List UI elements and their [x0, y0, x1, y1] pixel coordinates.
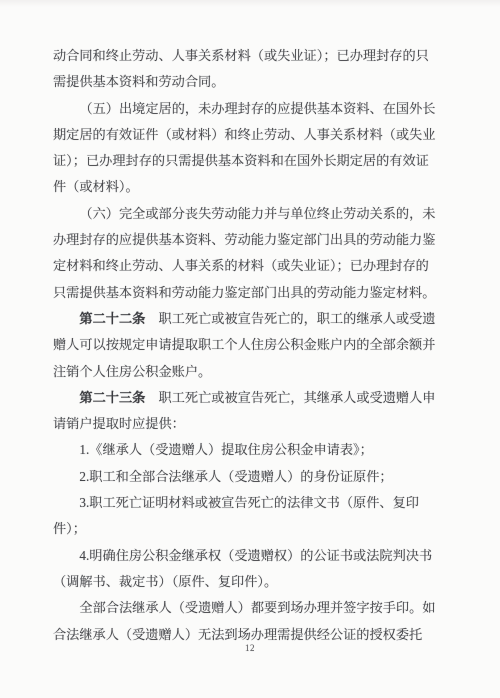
line-text: （六）完全或部分丧失劳动能力并与单位终止劳动关系的，未 — [79, 206, 435, 221]
document-line: 1.《继承人（受遗赠人）提取住房公积金申请表》； — [53, 437, 445, 463]
line-text: 职工死亡或被宣告死亡，其继承人或受遗赠人申 — [145, 390, 435, 405]
document-line: 赠人可以按规定申请提取职工个人住房公积金账户内的全部余额并 — [53, 332, 445, 358]
document-line: 动合同和终止劳动、人事关系材料（或失业证）；已办理封存的只 — [53, 43, 445, 69]
line-text: 件）； — [53, 521, 86, 536]
document-line: 只需提供基本资料和劳动能力鉴定部门出具的劳动能力鉴定材料。 — [53, 280, 445, 306]
document-line: 定材料和终止劳动、人事关系的材料（或失业证）；已办理封存的 — [53, 253, 445, 279]
document-line: 件（或材料）。 — [53, 174, 445, 200]
document-line: 需提供基本资料和劳动合同。 — [53, 69, 445, 95]
document-line: 第二十二条 职工死亡或被宣告死亡的，职工的继承人或受遗 — [53, 306, 445, 332]
line-text: 全部合法继承人（受遗赠人）都要到场办理并签字按手印。如 — [79, 600, 435, 615]
line-text: 合法继承人（受遗赠人）无法到场办理需提供经公证的授权委托 — [53, 627, 422, 642]
line-text: 期定居的有效证件（或材料）和终止劳动、人事关系材料（或失业 — [53, 127, 435, 142]
article-number: 第二十三条 — [79, 390, 145, 405]
document-line: 请销户提取时应提供： — [53, 411, 445, 437]
document-line: （五）出境定居的，未办理封存的应提供基本资料、在国外长 — [53, 96, 445, 122]
document-line: 3.职工死亡证明材料或被宣告死亡的法律文书（原件、复印 — [53, 490, 445, 516]
document-line: 证）；已办理封存的只需提供基本资料和在国外长期定居的有效证 — [53, 148, 445, 174]
line-text: 定材料和终止劳动、人事关系的材料（或失业证）；已办理封存的 — [53, 258, 429, 273]
page-number: 12 — [0, 643, 500, 653]
line-text: （五）出境定居的，未办理封存的应提供基本资料、在国外长 — [79, 101, 435, 116]
line-text: 1.《继承人（受遗赠人）提取住房公积金申请表》； — [79, 442, 372, 457]
document-line: 办理封存的应提供基本资料、劳动能力鉴定部门出具的劳动能力鉴 — [53, 227, 445, 253]
line-text: 只需提供基本资料和劳动能力鉴定部门出具的劳动能力鉴定材料。 — [53, 285, 435, 300]
line-text: 件（或材料）。 — [53, 179, 139, 194]
document-line: （六）完全或部分丧失劳动能力并与单位终止劳动关系的，未 — [53, 201, 445, 227]
document-line: （调解书、裁定书）（原件、复印件）。 — [53, 569, 445, 595]
line-text: 需提供基本资料和劳动合同。 — [53, 74, 224, 89]
line-text: 4.明确住房公积金继承权（受遗赠权）的公证书或法院判决书 — [79, 548, 432, 563]
line-text: 办理封存的应提供基本资料、劳动能力鉴定部门出具的劳动能力鉴 — [53, 232, 435, 247]
line-text: 职工死亡或被宣告死亡的，职工的继承人或受遗 — [145, 311, 435, 326]
document-line: 第二十三条 职工死亡或被宣告死亡，其继承人或受遗赠人申 — [53, 385, 445, 411]
line-text: 3.职工死亡证明材料或被宣告死亡的法律文书（原件、复印 — [79, 495, 419, 510]
document-line: 件）； — [53, 516, 445, 542]
line-text: 动合同和终止劳动、人事关系材料（或失业证）；已办理封存的只 — [53, 48, 429, 63]
line-text: 请销户提取时应提供： — [53, 416, 185, 431]
document-body: 动合同和终止劳动、人事关系材料（或失业证）；已办理封存的只需提供基本资料和劳动合… — [53, 43, 445, 648]
document-line: 期定居的有效证件（或材料）和终止劳动、人事关系材料（或失业 — [53, 122, 445, 148]
line-text: 2.职工和全部合法继承人（受遗赠人）的身份证原件； — [79, 469, 392, 484]
document-line: 全部合法继承人（受遗赠人）都要到场办理并签字按手印。如 — [53, 595, 445, 621]
line-text: （调解书、裁定书）（原件、复印件）。 — [53, 574, 277, 589]
document-page: 动合同和终止劳动、人事关系材料（或失业证）；已办理封存的只需提供基本资料和劳动合… — [0, 0, 500, 698]
line-text: 赠人可以按规定申请提取职工个人住房公积金账户内的全部余额并 — [53, 337, 435, 352]
document-line: 2.职工和全部合法继承人（受遗赠人）的身份证原件； — [53, 464, 445, 490]
document-line: 注销个人住房公积金账户。 — [53, 359, 445, 385]
article-number: 第二十二条 — [79, 311, 145, 326]
line-text: 证）；已办理封存的只需提供基本资料和在国外长期定居的有效证 — [53, 153, 429, 168]
line-text: 注销个人住房公积金账户。 — [53, 364, 211, 379]
document-line: 4.明确住房公积金继承权（受遗赠权）的公证书或法院判决书 — [53, 543, 445, 569]
